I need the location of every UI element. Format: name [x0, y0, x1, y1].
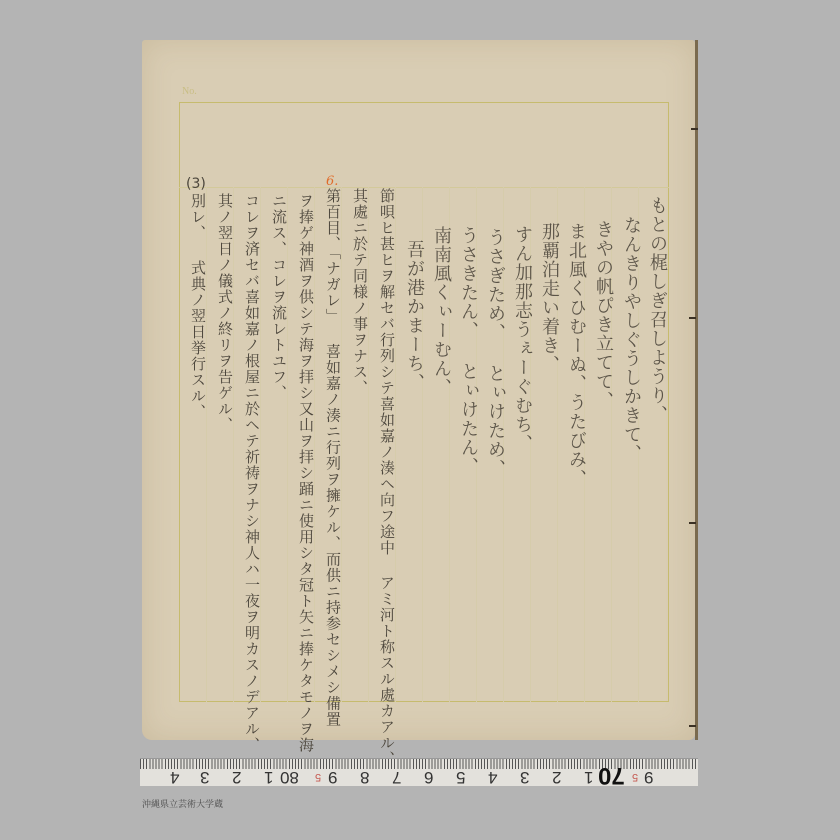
staple-mark — [689, 522, 696, 524]
text-column: ま北風くひむーぬ、うたびみ、 — [563, 222, 589, 488]
page-number-label: No. — [182, 86, 197, 97]
ruler-number: 1 — [584, 767, 593, 786]
text-column: ニ流ス、コレヲ流レトユフ、 — [266, 193, 292, 401]
staple-mark — [691, 128, 698, 130]
ruler-number: 7 — [392, 767, 401, 786]
text-column: もとの梶しぎ召しようり、 — [644, 196, 670, 424]
page-binding-edge — [695, 40, 698, 740]
ruler-number: 70 — [598, 761, 625, 786]
text-column: コレヲ済セバ喜如嘉ノ根屋ニ於ヘテ祈祷ヲナシ神人ハ一夜ヲ明カスノデアル、 — [239, 193, 265, 753]
ruler-number: 5 — [456, 767, 465, 786]
ruler-number: 9 — [328, 767, 337, 786]
ruler-number: 1 — [264, 767, 273, 786]
ruler-number: 4 — [488, 767, 497, 786]
ruler-number: 80 — [280, 767, 299, 786]
ruler-red-mark: 5 — [315, 771, 321, 783]
text-column: うさぎため、 とぃけため、 — [482, 228, 508, 478]
text-column: なんきりやしぐうしかきて、 — [618, 216, 644, 463]
ruler-number: 2 — [232, 767, 241, 786]
text-column: うさきたん、 とぃけたん、 — [455, 226, 481, 476]
text-column: 其ノ翌日ノ儀式ノ終リヲ告ゲル、 — [212, 193, 238, 433]
red-annotation: 6. — [326, 174, 338, 189]
measuring-tape: 4 3 2 1 80 5 9 8 7 6 5 4 3 2 1 70 5 9 — [140, 758, 698, 786]
text-column: 第百目、「ナガレ」 喜如嘉ノ湊ニ行列ヲ擁ケル、而供ニ持参セシメシ備置 — [320, 188, 346, 728]
text-column: 節唄ヒ甚ヒヲ解セバ行列シテ喜如嘉ノ湊ヘ向フ途中 アミ河ト称スル處カアル、 — [374, 188, 400, 767]
text-column: 南南風くぃーむん、 — [428, 226, 454, 397]
staple-mark — [689, 317, 696, 319]
ruler-number: 8 — [360, 767, 369, 786]
text-column: 吾が港かまーち、 — [401, 240, 427, 392]
text-column: 其處ニ於テ同様ノ事ヲナス、 — [347, 188, 373, 396]
text-column: すん加那志うぇーぐむち、 — [509, 225, 535, 453]
ruler-number: 9 — [644, 767, 653, 786]
text-column: 別レ、 式典ノ翌日挙行スル、 — [185, 193, 211, 420]
ruler-number: 2 — [552, 767, 561, 786]
text-column: きやの帆ぴき立てて、 — [590, 220, 616, 410]
text-column: 那覇泊走い着き、 — [536, 222, 562, 374]
ruler-red-mark: 5 — [632, 771, 638, 783]
ruler-number: 4 — [170, 767, 179, 786]
text-column: ヲ捧ゲ神酒ヲ供シテ海ヲ拝シ又山ヲ拝シ踊ニ使用シタ冠ト矢ニ捧ケタモノヲ海 — [293, 193, 319, 753]
ruler-number: 3 — [520, 767, 529, 786]
ruler-number: 3 — [200, 767, 209, 786]
ruler-number: 6 — [424, 767, 433, 786]
collection-credit: 沖縄県立芸術大学蔵 — [142, 797, 223, 810]
staple-mark — [689, 725, 696, 727]
section-number: (3) — [186, 176, 206, 192]
